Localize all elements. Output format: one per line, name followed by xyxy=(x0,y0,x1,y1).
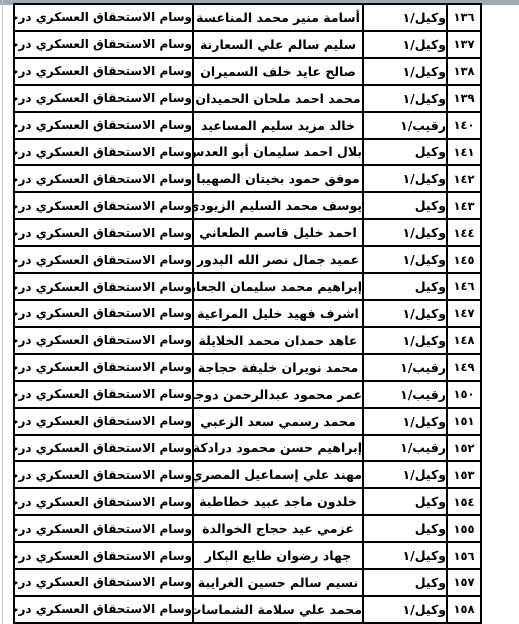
number-cell: ١٥٦ xyxy=(447,542,481,569)
medal-cell: وسام الاستحقاق العسكري درجه ٥ xyxy=(14,165,193,192)
name-cell: إبراهيم محمد سليمان الجعارات xyxy=(193,273,363,300)
table-row: ١٤٧وكيل/١اشرف فهيد خليل المراعيةوسام الا… xyxy=(14,300,481,327)
rank-cell: وكيل/١ xyxy=(363,85,447,112)
medal-cell: وسام الاستحقاق العسكري درجه ٥ xyxy=(14,219,193,246)
name-cell: مهند علي إسماعيل المصري xyxy=(193,461,363,488)
name-cell: احمد خليل قاسم الطعاني xyxy=(193,219,363,246)
table-row: ١٤٢وكيل/١موفق حمود بخيتان الصهيباوسام ال… xyxy=(14,165,481,192)
name-cell: خالد مزيد سليم المساعيد xyxy=(193,112,363,139)
rank-cell: وكيل xyxy=(363,139,447,166)
rank-cell: وكيل/١ xyxy=(363,31,447,58)
medal-cell: وسام الاستحقاق العسكري درجه ٥ xyxy=(14,596,193,623)
table-row: ١٣٩وكيل/١محمد احمد ملحان الحميدانوسام ال… xyxy=(14,85,481,112)
number-cell: ١٤٠ xyxy=(447,112,481,139)
name-cell: عمر محمود عبدالرحمن دوجان xyxy=(193,381,363,408)
rank-cell: وكيل xyxy=(363,515,447,542)
rank-cell: وكيل xyxy=(363,192,447,219)
number-cell: ١٣٦ xyxy=(447,4,481,31)
table-row: ١٤٤وكيل/١احمد خليل قاسم الطعانيوسام الاس… xyxy=(14,219,481,246)
rank-cell: وكيل xyxy=(363,273,447,300)
medal-cell: وسام الاستحقاق العسكري درجه ٥ xyxy=(14,4,193,31)
number-cell: ١٣٩ xyxy=(447,85,481,112)
table-row: ١٥٢رقيب/١إبراهيم حسن محمود درادكةوسام ال… xyxy=(14,435,481,462)
table-row: ١٣٨وكيل/١صالح عايد خلف السميرانوسام الاس… xyxy=(14,58,481,85)
name-cell: أسامة منير محمد المناعسة xyxy=(193,4,363,31)
name-cell: عميد جمال نصر الله البدور xyxy=(193,246,363,273)
number-cell: ١٤٥ xyxy=(447,246,481,273)
number-cell: ١٤٩ xyxy=(447,354,481,381)
rank-cell: وكيل/١ xyxy=(363,246,447,273)
name-cell: محمد احمد ملحان الحميدان xyxy=(193,85,363,112)
table-row: ١٣٦وكيل/١أسامة منير محمد المناعسةوسام ال… xyxy=(14,4,481,31)
name-cell: اشرف فهيد خليل المراعية xyxy=(193,300,363,327)
rank-cell: وكيل xyxy=(363,569,447,596)
number-cell: ١٥٤ xyxy=(447,488,481,515)
medal-cell: وسام الاستحقاق العسكري درجه ٥ xyxy=(14,58,193,85)
name-cell: صالح عايد خلف السميران xyxy=(193,58,363,85)
rank-cell: رقيب/١ xyxy=(363,112,447,139)
table-row: ١٣٧وكيل/١سليم سالم علي السعارنةوسام الاس… xyxy=(14,31,481,58)
name-cell: عاهد حمدان محمد الخلايلة xyxy=(193,327,363,354)
name-cell: يوسف محمد السليم الزيودي xyxy=(193,192,363,219)
name-cell: خلدون ماجد عبيد خطاطبة xyxy=(193,488,363,515)
table-row: ١٤٦وكيلإبراهيم محمد سليمان الجعاراتوسام … xyxy=(14,273,481,300)
medal-cell: وسام الاستحقاق العسكري درجه ٥ xyxy=(14,435,193,462)
medal-cell: وسام الاستحقاق العسكري درجه ٥ xyxy=(14,569,193,596)
rank-cell: رقيب/١ xyxy=(363,354,447,381)
rank-cell: وكيل/١ xyxy=(363,4,447,31)
table-row: ١٤٣وكيليوسف محمد السليم الزيوديوسام الاس… xyxy=(14,192,481,219)
rank-cell: وكيل xyxy=(363,488,447,515)
table-row: ١٤٠رقيب/١خالد مزيد سليم المساعيدوسام الا… xyxy=(14,112,481,139)
number-cell: ١٤٧ xyxy=(447,300,481,327)
name-cell: نسيم سالم حسين الغرايبة xyxy=(193,569,363,596)
name-cell: عزمي عيد حجاج الخوالدة xyxy=(193,515,363,542)
number-cell: ١٥٠ xyxy=(447,381,481,408)
name-cell: إبراهيم حسن محمود درادكة xyxy=(193,435,363,462)
number-cell: ١٤٤ xyxy=(447,219,481,246)
rank-cell: وكيل/١ xyxy=(363,408,447,435)
rank-cell: وكيل/١ xyxy=(363,596,447,623)
medal-cell: وسام الاستحقاق العسكري درجه ٥ xyxy=(14,515,193,542)
number-cell: ١٥٨ xyxy=(447,596,481,623)
number-cell: ١٤١ xyxy=(447,139,481,166)
number-cell: ١٥٣ xyxy=(447,461,481,488)
rank-cell: وكيل/١ xyxy=(363,300,447,327)
table-row: ١٥٦وكيل/١جهاد رضوان طايع البكاروسام الاس… xyxy=(14,542,481,569)
rank-cell: وكيل/١ xyxy=(363,327,447,354)
rank-cell: وكيل/١ xyxy=(363,58,447,85)
name-cell: سليم سالم علي السعارنة xyxy=(193,31,363,58)
name-cell: موفق حمود بخيتان الصهيبا xyxy=(193,165,363,192)
number-cell: ١٤٣ xyxy=(447,192,481,219)
number-cell: ١٣٨ xyxy=(447,58,481,85)
table-row: ١٥٣وكيل/١مهند علي إسماعيل المصريوسام الا… xyxy=(14,461,481,488)
number-cell: ١٤٢ xyxy=(447,165,481,192)
table-row: ١٤٩رقيب/١محمد نويران خليفة حجاجةوسام الا… xyxy=(14,354,481,381)
medal-cell: وسام الاستحقاق العسكري درجه ٥ xyxy=(14,273,193,300)
name-cell: بلال احمد سليمان أبو العدس xyxy=(193,139,363,166)
medal-cell: وسام الاستحقاق العسكري درجه ٥ xyxy=(14,112,193,139)
medal-cell: وسام الاستحقاق العسكري درجه ٥ xyxy=(14,246,193,273)
number-cell: ١٤٦ xyxy=(447,273,481,300)
table-row: ١٤٨وكيل/١عاهد حمدان محمد الخلايلةوسام ال… xyxy=(14,327,481,354)
table-row: ١٤٥وكيل/١عميد جمال نصر الله البدوروسام ا… xyxy=(14,246,481,273)
rank-cell: وكيل/١ xyxy=(363,219,447,246)
medal-cell: وسام الاستحقاق العسكري درجه ٥ xyxy=(14,327,193,354)
rank-cell: وكيل/١ xyxy=(363,542,447,569)
table-row: ١٥٧وكيلنسيم سالم حسين الغرايبةوسام الاست… xyxy=(14,569,481,596)
table-row: ١٥١وكيل/١محمد رسمي سعد الزعبيوسام الاستح… xyxy=(14,408,481,435)
number-cell: ١٥١ xyxy=(447,408,481,435)
document-page: ١٣٦وكيل/١أسامة منير محمد المناعسةوسام ال… xyxy=(0,0,519,624)
table-row: ١٥٠رقيب/١عمر محمود عبدالرحمن دوجانوسام ا… xyxy=(14,381,481,408)
rank-cell: وكيل/١ xyxy=(363,165,447,192)
medal-cell: وسام الاستحقاق العسكري درجه ٥ xyxy=(14,31,193,58)
table-row: ١٥٤وكيلخلدون ماجد عبيد خطاطبةوسام الاستح… xyxy=(14,488,481,515)
number-cell: ١٥٥ xyxy=(447,515,481,542)
medal-cell: وسام الاستحقاق العسكري درجه ٥ xyxy=(14,300,193,327)
number-cell: ١٣٧ xyxy=(447,31,481,58)
medal-cell: وسام الاستحقاق العسكري درجه ٥ xyxy=(14,192,193,219)
number-cell: ١٥٧ xyxy=(447,569,481,596)
table-row: ١٥٥وكيلعزمي عيد حجاج الخوالدةوسام الاستح… xyxy=(14,515,481,542)
table-row: ١٤١وكيلبلال احمد سليمان أبو العدسوسام ال… xyxy=(14,139,481,166)
medal-cell: وسام الاستحقاق العسكري درجه ٥ xyxy=(14,488,193,515)
rank-cell: رقيب/١ xyxy=(363,435,447,462)
table-row: ١٥٨وكيل/١محمد علي سلامة الشماساتوسام الا… xyxy=(14,596,481,623)
name-cell: محمد علي سلامة الشماسات xyxy=(193,596,363,623)
page-left-edge-line xyxy=(2,0,3,624)
medal-cell: وسام الاستحقاق العسكري درجه ٥ xyxy=(14,139,193,166)
number-cell: ١٤٨ xyxy=(447,327,481,354)
table-body: ١٣٦وكيل/١أسامة منير محمد المناعسةوسام ال… xyxy=(14,4,481,623)
name-cell: محمد رسمي سعد الزعبي xyxy=(193,408,363,435)
name-cell: محمد نويران خليفة حجاجة xyxy=(193,354,363,381)
medal-cell: وسام الاستحقاق العسكري درجه ٥ xyxy=(14,354,193,381)
rank-cell: رقيب/١ xyxy=(363,381,447,408)
medal-cell: وسام الاستحقاق العسكري درجه ٥ xyxy=(14,408,193,435)
medal-recipients-table: ١٣٦وكيل/١أسامة منير محمد المناعسةوسام ال… xyxy=(13,3,482,624)
medal-cell: وسام الاستحقاق العسكري درجه ٥ xyxy=(14,381,193,408)
name-cell: جهاد رضوان طايع البكار xyxy=(193,542,363,569)
medal-cell: وسام الاستحقاق العسكري درجه ٥ xyxy=(14,542,193,569)
medal-cell: وسام الاستحقاق العسكري درجه ٥ xyxy=(14,461,193,488)
number-cell: ١٥٢ xyxy=(447,435,481,462)
rank-cell: وكيل/١ xyxy=(363,461,447,488)
medal-cell: وسام الاستحقاق العسكري درجه ٥ xyxy=(14,85,193,112)
